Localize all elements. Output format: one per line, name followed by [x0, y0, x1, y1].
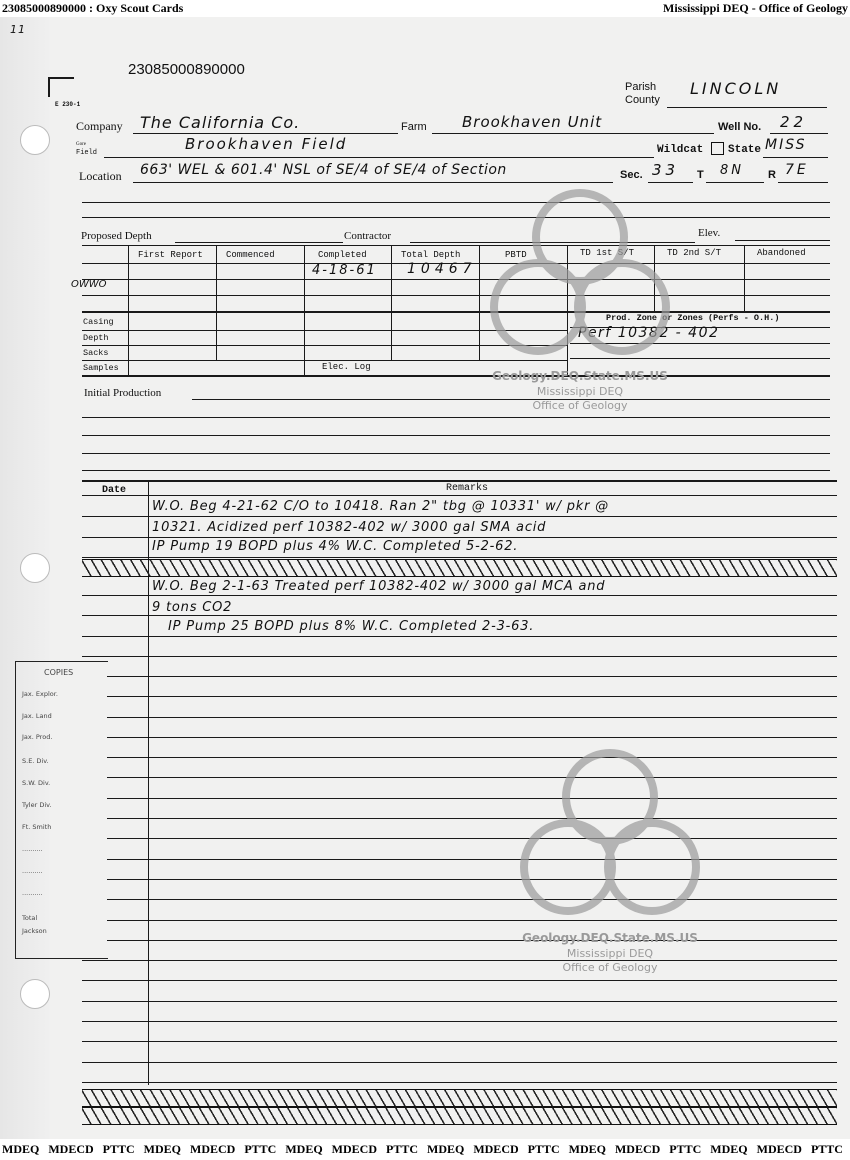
field-value: Brookhaven Field — [185, 135, 347, 153]
field-underline — [104, 157, 654, 158]
ruled-line — [107, 838, 837, 839]
ruled-line — [107, 859, 837, 860]
row-label-samples: Samples — [83, 363, 119, 373]
ruled-line — [107, 737, 837, 738]
proposed-depth-label: Proposed Depth — [81, 230, 152, 242]
location-value: 663' WEL & 601.4' NSL of SE/4 of SE/4 of… — [140, 162, 507, 178]
company-label: Company — [76, 119, 123, 134]
township-value: 8N — [720, 163, 744, 178]
punch-hole — [20, 125, 50, 155]
remark-line: IP Pump 19 BOPD plus 4% W.C. Completed 5… — [152, 539, 518, 554]
copies-box: COPIES Jax. Explor. Jax. Land Jax. Prod.… — [15, 661, 108, 959]
parish-label: Parish — [625, 81, 656, 93]
corner-mark: 11 — [10, 23, 26, 36]
well-no-underline — [770, 133, 828, 134]
blank-line — [82, 435, 830, 436]
ruled-line — [82, 557, 837, 558]
blank-line — [82, 453, 830, 454]
total-depth-value: 10467 — [407, 261, 477, 277]
grid-divider — [128, 245, 129, 375]
well-no-value: 22 — [780, 113, 807, 131]
copies-item: Jax. Explor. — [22, 690, 58, 698]
grid-line — [82, 295, 830, 296]
grid-line — [82, 375, 830, 377]
copies-item: .......... — [22, 867, 43, 875]
county-underline — [667, 107, 827, 108]
corner-bracket — [48, 77, 74, 79]
farm-label: Farm — [401, 121, 427, 133]
remark-line: 9 tons CO2 — [152, 600, 232, 615]
agency-title: Mississippi DEQ - Office of Geology — [663, 0, 848, 17]
side-note: OWWO — [71, 279, 107, 290]
initial-production-label: Initial Production — [84, 387, 161, 399]
grid-divider — [744, 245, 745, 311]
ruled-line — [107, 676, 837, 677]
copies-item: Jackson — [22, 927, 47, 935]
well-no-label: Well No. — [718, 121, 761, 133]
completed-value: 4-18-61 — [312, 263, 377, 278]
blank-line — [82, 470, 830, 471]
grid-divider — [391, 245, 392, 360]
field-label-gore: Gore — [76, 142, 86, 147]
ruled-line — [82, 960, 837, 961]
contractor-label: Contractor — [344, 230, 391, 242]
remark-line: W.O. Beg 4-21-62 C/O to 10418. Ran 2" tb… — [152, 499, 609, 514]
hatch-band — [82, 1107, 837, 1125]
copies-title: COPIES — [44, 668, 73, 677]
remark-line: IP Pump 25 BOPD plus 8% W.C. Completed 2… — [168, 619, 534, 634]
row-label-sacks: Sacks — [83, 348, 109, 358]
watermark-agency: Mississippi DEQ — [500, 947, 720, 960]
watermark-office: Office of Geology — [500, 961, 720, 974]
viewer-header: 23085000890000 : Oxy Scout Cards Mississ… — [0, 0, 850, 17]
proposed-depth-underline — [175, 242, 343, 243]
footer-banner: MDEQ MDECD PTTC MDEQ MDECD PTTC MDEQ MDE… — [0, 1139, 850, 1160]
scout-card — [50, 17, 850, 1139]
elev-underline — [735, 240, 830, 241]
ruled-line — [82, 1062, 837, 1063]
range-value: 7E — [785, 162, 809, 178]
ruled-line — [107, 920, 837, 921]
ruled-line — [82, 656, 837, 657]
sec-value: 33 — [652, 161, 679, 179]
location-label: Location — [79, 169, 122, 184]
wildcat-label: Wildcat — [657, 144, 703, 156]
punch-hole — [20, 553, 50, 583]
blank-line — [82, 417, 830, 418]
watermark-office: Office of Geology — [470, 399, 690, 412]
copies-item: Ft. Smith — [22, 823, 51, 831]
township-underline — [706, 182, 764, 183]
row-label-casing: Casing — [83, 317, 114, 327]
state-underline — [763, 157, 828, 158]
ruled-line — [107, 879, 837, 880]
copies-item: .......... — [22, 845, 43, 853]
copies-item: Tyler Div. — [22, 801, 52, 809]
copies-item: Total — [22, 914, 37, 922]
punch-hole — [20, 979, 50, 1009]
ruled-line — [82, 615, 837, 616]
company-value: The California Co. — [140, 113, 300, 132]
ruled-line — [107, 696, 837, 697]
company-underline — [133, 133, 398, 134]
sec-label: Sec. — [620, 169, 643, 181]
ruled-line — [82, 1082, 837, 1083]
blank-line — [82, 202, 830, 203]
county-label: County — [625, 94, 660, 106]
state-label: State — [728, 144, 761, 156]
remark-line: W.O. Beg 2-1-63 Treated perf 10382-402 w… — [152, 579, 605, 594]
county-value: LINCOLN — [690, 79, 781, 98]
farm-underline — [432, 133, 714, 134]
ruled-line — [107, 777, 837, 778]
ruled-line — [107, 899, 837, 900]
ruled-line — [82, 636, 837, 637]
hatch-separator — [82, 559, 837, 577]
grid-divider — [304, 245, 305, 375]
remark-line: 10321. Acidized perf 10382-402 w/ 3000 g… — [152, 520, 546, 535]
copies-item: Jax. Land — [22, 712, 52, 720]
form-number: E 230-1 — [55, 101, 80, 108]
row-label-depth: Depth — [83, 333, 109, 343]
ruled-line — [82, 1021, 837, 1022]
corner-bracket — [48, 77, 50, 97]
header-total-depth: Total Depth — [401, 250, 460, 260]
watermark-agency: Mississippi DEQ — [470, 385, 690, 398]
remarks-header: Remarks — [446, 483, 488, 494]
ruled-line — [107, 798, 837, 799]
header-commenced: Commenced — [226, 250, 275, 260]
header-abandoned: Abandoned — [757, 248, 806, 258]
scout-card-scan: 11 E 230-1 23085000890000 Parish County … — [0, 17, 850, 1139]
ruled-line — [107, 717, 837, 718]
ruled-line — [107, 757, 837, 758]
grid-divider — [216, 245, 217, 360]
grid-line — [82, 279, 830, 280]
ruled-line — [82, 537, 837, 538]
wildcat-checkbox[interactable] — [711, 142, 724, 155]
field-label: Field — [76, 149, 97, 157]
mdeq-logo-watermark — [510, 747, 710, 937]
elev-label: Elev. — [698, 227, 720, 239]
state-value: MISS — [765, 137, 806, 153]
grid-line — [82, 245, 830, 246]
header-completed: Completed — [318, 250, 367, 260]
hatch-band — [82, 1089, 837, 1107]
remarks-top-border — [82, 480, 837, 482]
api-number: 23085000890000 — [128, 61, 245, 78]
location-underline — [133, 182, 613, 183]
copies-item: S.E. Div. — [22, 757, 49, 765]
watermark-url: Geology.DEQ.State.MS.US — [500, 931, 720, 945]
ruled-line — [107, 818, 837, 819]
ruled-line — [82, 980, 837, 981]
document-title: 23085000890000 : Oxy Scout Cards — [2, 0, 183, 17]
ruled-line — [82, 1041, 837, 1042]
farm-value: Brookhaven Unit — [462, 113, 602, 131]
blank-line — [82, 217, 830, 218]
sec-underline — [648, 182, 693, 183]
range-underline — [778, 182, 828, 183]
ruled-line — [82, 595, 837, 596]
watermark-url: Geology.DEQ.State.MS.US — [470, 369, 690, 383]
ruled-line — [82, 516, 837, 517]
elec-log-label: Elec. Log — [322, 362, 371, 372]
mdeq-logo-watermark — [480, 187, 680, 377]
range-label: R — [768, 169, 776, 181]
ruled-line — [82, 1001, 837, 1002]
copies-item: Jax. Prod. — [22, 733, 52, 741]
ruled-line — [107, 940, 837, 941]
ruled-line — [82, 495, 837, 496]
copies-item: .......... — [22, 889, 43, 897]
township-label: T — [697, 169, 704, 181]
header-first-report: First Report — [138, 250, 203, 260]
copies-item: S.W. Div. — [22, 779, 50, 787]
